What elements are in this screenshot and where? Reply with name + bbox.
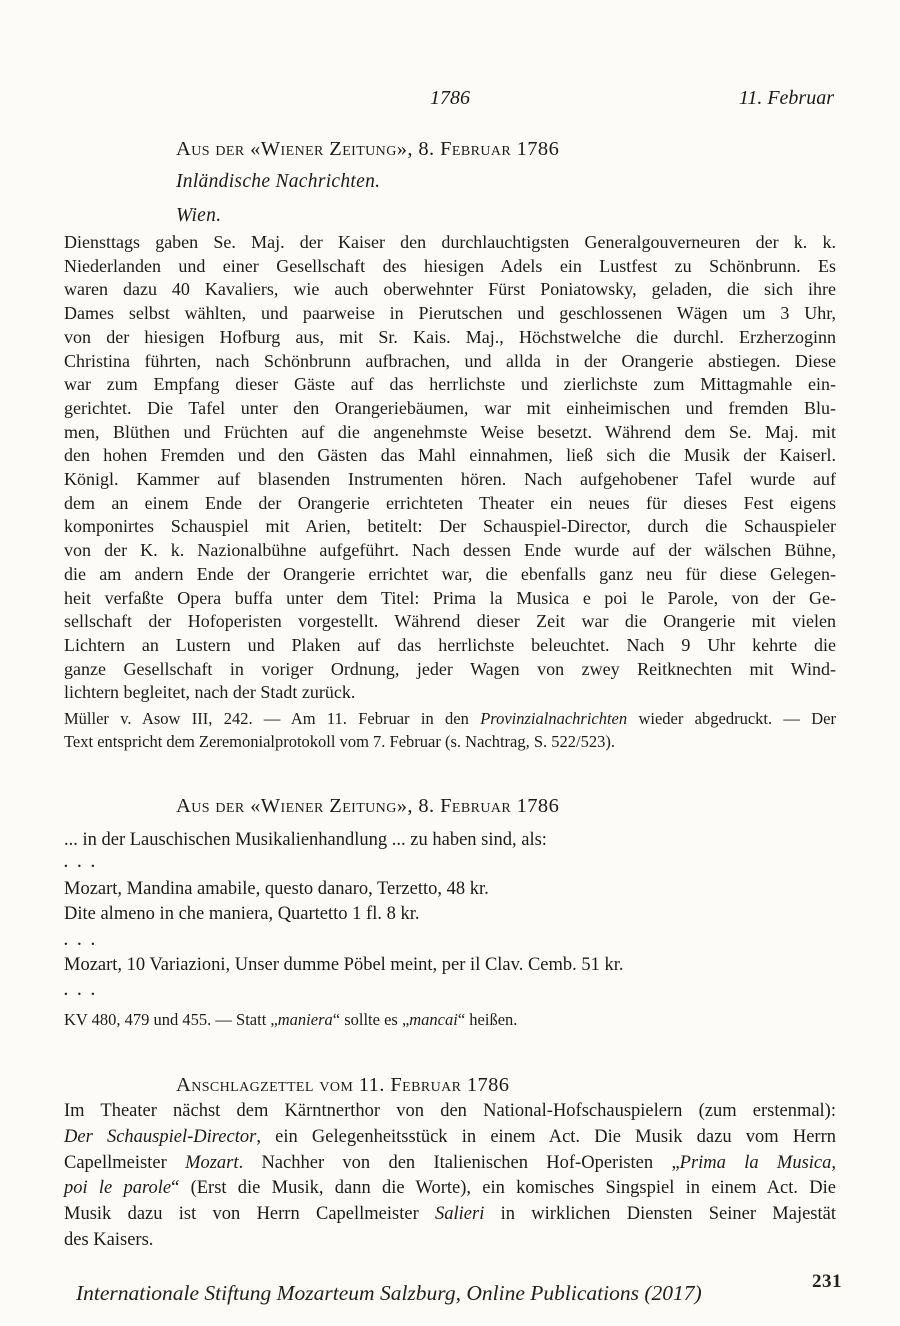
section1-subheading-place: Wien. [176, 205, 900, 227]
footnote-text: Müller v. Asow III, 242. — Am 11. Februa… [64, 709, 480, 728]
body-line: Capellmeister Mozart. Nachher von den It… [64, 1151, 836, 1177]
body-text: “ (Erst die Musik, dann die Worte), ein … [171, 1178, 836, 1198]
footnote-text: “ heißen. [458, 1010, 518, 1029]
body-line: ganze Gesellschaft in voriger Ordnung, j… [64, 658, 836, 682]
footnote-text-italic: maniera [278, 1010, 333, 1029]
running-head: 1786 11. Februar [64, 87, 836, 110]
composer-name-italic: Salieri [435, 1204, 484, 1224]
footnote-line: Text entspricht dem Zeremonialprotokoll … [64, 731, 836, 754]
body-line: den hohen Fremden und den Gästen das Mah… [64, 444, 836, 468]
footnote-line: Müller v. Asow III, 242. — Am 11. Februa… [64, 708, 836, 731]
body-line: Niederlanden und einer Gesellschaft des … [64, 255, 836, 279]
body-text: in wirklichen Diensten Seiner Majestät [484, 1204, 836, 1224]
section1-subheading-rubric: Inländische Nachrichten. [176, 171, 900, 193]
body-line: Dames selbst wählten, und paarweise in P… [64, 302, 836, 326]
running-head-year: 1786 [64, 87, 836, 110]
page-footer: Internationale Stiftung Mozarteum Salzbu… [64, 1281, 848, 1306]
catalog-item: Mozart, Mandina amabile, questo danaro, … [64, 879, 836, 900]
work-title-italic: Prima la Musica, [680, 1153, 836, 1173]
ellipsis-line: . . . [64, 936, 836, 946]
ellipsis-line: . . . [64, 986, 836, 996]
ellipsis-line: . . . [64, 858, 836, 868]
body-line: dem an einem Ende der Orangerie errichte… [64, 492, 836, 516]
work-title-italic: Der Schauspiel-Director [64, 1127, 256, 1147]
body-line: lichtern begleitet, nach der Stadt zurüc… [64, 681, 836, 705]
body-line: Im Theater nächst dem Kärntnerthor von d… [64, 1099, 836, 1125]
running-head-date: 11. Februar [739, 87, 834, 110]
body-line: Diensttags gaben Se. Maj. der Kaiser den… [64, 231, 836, 255]
footer-publication-credit: Internationale Stiftung Mozarteum Salzbu… [76, 1281, 702, 1305]
section2-intro-line: ... in der Lauschischen Musikalienhandlu… [64, 830, 836, 851]
body-text: Capellmeister [64, 1153, 185, 1173]
section2-heading: Aus der «Wiener Zeitung», 8. Februar 178… [176, 795, 900, 818]
body-line: komponirtes Schauspiel mit Arien, betite… [64, 515, 836, 539]
footnote-text-italic: mancai [409, 1010, 458, 1029]
body-text: . Nachher von den Italienischen Hof-Oper… [239, 1153, 680, 1173]
section1-body: Diensttags gaben Se. Maj. der Kaiser den… [64, 231, 836, 705]
footnote-text: wieder abgedruckt. — Der [627, 709, 836, 728]
body-text: , ein Gelegenheitsstück in einem Act. Di… [256, 1127, 836, 1147]
body-line: gerichtet. Die Tafel unter den Orangerie… [64, 397, 836, 421]
composer-name-italic: Mozart [185, 1153, 238, 1173]
section3-body: Im Theater nächst dem Kärntnerthor von d… [64, 1099, 836, 1254]
section2-footnote: KV 480, 479 und 455. — Statt „maniera“ s… [64, 1010, 836, 1030]
body-line: war zum Empfang dieser Gäste auf das her… [64, 373, 836, 397]
body-text: Musik dazu ist von Herrn Capellmeister [64, 1204, 435, 1224]
body-line: von der K. k. Nazionalbühne aufgeführt. … [64, 539, 836, 563]
footnote-text-italic: Provinzialnachrichten [480, 709, 627, 728]
body-line: men, Blüthen und Früchten auf die angene… [64, 421, 836, 445]
body-line: Der Schauspiel-Director, ein Gelegenheit… [64, 1125, 836, 1151]
footnote-text: “ sollte es „ [333, 1010, 410, 1029]
page-number: 231 [812, 1271, 842, 1293]
body-line: die am andern Ende der Orangerie erricht… [64, 563, 836, 587]
section1-footnote: Müller v. Asow III, 242. — Am 11. Februa… [64, 708, 836, 753]
body-line: des Kaisers. [64, 1228, 836, 1254]
catalog-item: Mozart, 10 Variazioni, Unser dumme Pöbel… [64, 955, 836, 976]
section3-heading: Anschlagzettel vom 11. Februar 1786 [176, 1074, 900, 1097]
footnote-text: KV 480, 479 und 455. — Statt „ [64, 1010, 278, 1029]
body-line: Lichtern an Lustern und Plaken auf das h… [64, 634, 836, 658]
body-line: Königl. Kammer auf blasenden Instrumente… [64, 468, 836, 492]
work-title-italic: poi le parole [64, 1178, 171, 1198]
body-line: heit verfaßte Opera buffa unter dem Tite… [64, 587, 836, 611]
body-line: von der hiesigen Hofburg aus, mit Sr. Ka… [64, 326, 836, 350]
body-line: Christina führten, nach Schönbrunn aufbr… [64, 350, 836, 374]
scanned-book-page: 1786 11. Februar Aus der «Wiener Zeitung… [0, 0, 900, 1326]
body-line: Musik dazu ist von Herrn Capellmeister S… [64, 1202, 836, 1228]
section1-heading: Aus der «Wiener Zeitung», 8. Februar 178… [176, 138, 900, 161]
body-line: sellschaft der Hofoperisten vorgestellt.… [64, 610, 836, 634]
catalog-item: Dite almeno in che maniera, Quartetto 1 … [64, 904, 836, 925]
body-line: waren dazu 40 Kavaliers, wie auch oberwe… [64, 278, 836, 302]
body-line: poi le parole“ (Erst die Musik, dann die… [64, 1176, 836, 1202]
